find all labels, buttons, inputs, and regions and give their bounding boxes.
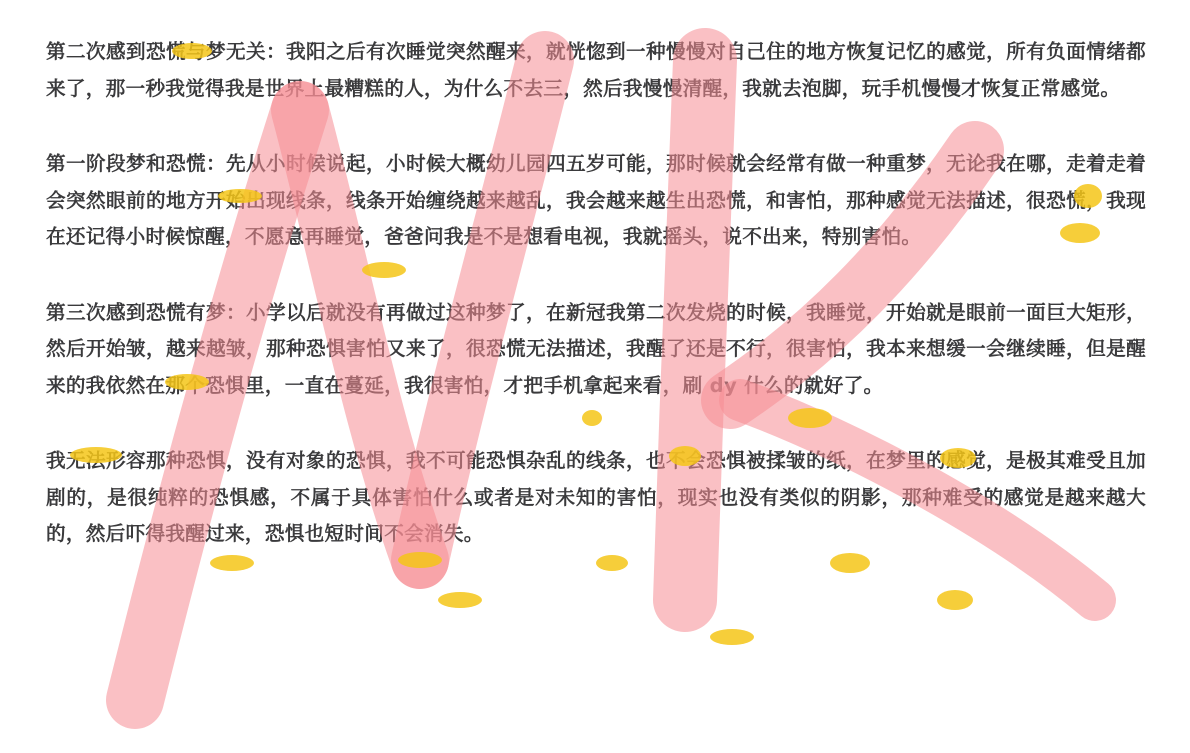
paragraph-third-panic: 第三次感到恐慌有梦：小学以后就没有再做过这种梦了，在新冠我第二次发烧的时候，我睡… xyxy=(46,295,1146,405)
document-body: 第二次感到恐慌与梦无关：我阳之后有次睡觉突然醒来，就恍惚到一种慢慢对自己住的地方… xyxy=(46,34,1146,592)
paragraph-second-panic: 第二次感到恐慌与梦无关：我阳之后有次睡觉突然醒来，就恍惚到一种慢慢对自己住的地方… xyxy=(46,34,1146,107)
paragraph-first-stage: 第一阶段梦和恐慌：先从小时候说起，小时候大概幼儿园四五岁可能，那时候就会经常有做… xyxy=(46,146,1146,256)
paragraph-indescribable-fear: 我无法形容那种恐惧，没有对象的恐惧，我不可能恐惧杂乱的线条，也不会恐惧被揉皱的纸… xyxy=(46,443,1146,553)
